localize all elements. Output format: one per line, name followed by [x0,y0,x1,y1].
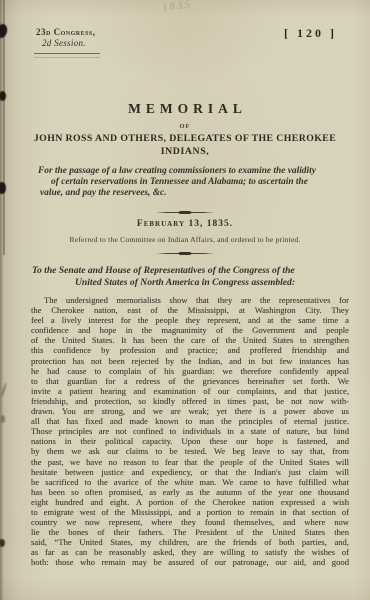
referred-line: Referred to the Committee on Indian Affa… [0,235,370,244]
memorial-body-text: The undersigned memorialists show that t… [31,295,349,568]
body-text-line: be sacrificed to the avarice of the whit… [31,477,349,487]
salutation-line: To the Senate and House of Representativ… [32,265,346,277]
body-text-line: to that guardian for a redress of the gr… [31,376,349,386]
body-text-line: Those principles are not confined to ind… [31,426,349,436]
body-text-line: eight hundred and eight. A portion of th… [31,497,349,507]
body-text-line: the past, we have no reason to fear that… [31,457,349,467]
act-subtitle: For the passage of a law creating commis… [38,166,344,200]
document-page: 1835 23d Congress, 2d Session. [ 120 ] M… [0,0,370,600]
date-line: February 13, 1835. [0,219,370,229]
body-text-line: has been so often promised, as early as … [31,487,349,497]
body-text-line: as far as can be reasonably asked, they … [31,547,349,557]
body-text-line: both: those who remain may be assured of… [31,557,349,567]
salutation: To the Senate and House of Representativ… [32,265,346,288]
body-text-line: of the United States. It has been the ca… [31,335,349,345]
congress-session-header: 23d Congress, 2d Session. [36,27,96,49]
binding-mark [0,539,5,547]
congress-label: 23d Congress, [36,27,96,38]
body-text-line: The undersigned memorialists show that t… [31,295,349,305]
delegates-title-line1: JOHN ROSS AND OTHERS, DELEGATES OF THE C… [0,133,370,144]
salutation-line: United States of North America in Congre… [32,277,346,289]
subtitle-line: For the passage of a law creating commis… [38,166,344,177]
body-text-line: this confidence by profession and practi… [31,345,349,355]
body-text-line: friendship, and protection, so kindly of… [31,396,349,406]
body-text-line: drawn. You are strong, and we are weak; … [31,406,349,416]
session-label: 2d Session. [36,38,96,49]
delegates-title-line2: INDIANS, [0,146,370,157]
body-text-line: feel a lively interest for the people th… [31,315,349,325]
divider-ornament [156,251,214,256]
page-number: [ 120 ] [284,26,337,41]
header-rule [34,53,100,58]
body-text-line: country we now represent, where they fou… [31,517,349,527]
body-text-line: protection has not been rejected by the … [31,356,349,366]
body-text-line: invite a patient hearing and examination… [31,386,349,396]
handwritten-year-note: 1835 [161,0,192,14]
subtitle-line: value, and pay the reservees, &c. [38,188,344,199]
subtitle-line: of certain reservations in Tennessee and… [38,177,344,188]
body-text-line: lie the bones of their fathers. The Pres… [31,527,349,537]
binding-mark [0,182,6,194]
body-text-line: to emigrate west of the Mississippi, and… [31,507,349,517]
binding-mark [0,91,6,101]
memorial-title: MEMORIAL [0,101,370,117]
of-label: OF [0,123,370,130]
body-text-line: by them we ask our claims to be tested. … [31,446,349,456]
binding-mark [0,23,9,39]
body-text-line: said, “The United States, my children, a… [31,537,349,547]
body-text-line: he had cause to complain of his guardian… [31,366,349,376]
body-text-line: confidence and hope in the magnanimity o… [31,325,349,335]
body-text-line: hesitate between justice and expediency,… [31,467,349,477]
body-text-line: nations in their political capacity. Upo… [31,436,349,446]
binding-mark [1,415,5,423]
divider-ornament [156,210,214,215]
body-text-line: all that has fixed and made known to man… [31,416,349,426]
body-text-line: the Cherokee nation, east of the Mississ… [31,305,349,315]
